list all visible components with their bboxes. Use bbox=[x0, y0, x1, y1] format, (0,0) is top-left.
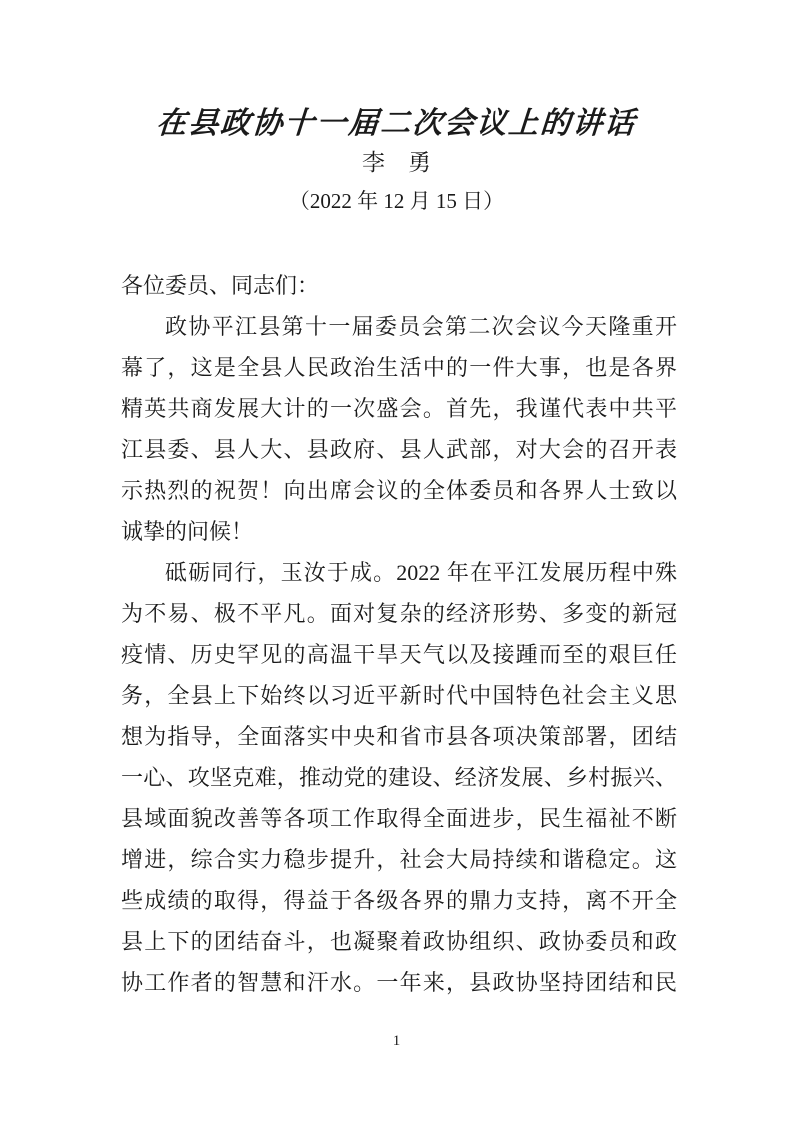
body-line: 疫情、历史罕见的高温干旱天气以及接踵而至的艰巨任 bbox=[121, 634, 677, 675]
salutation-line: 各位委员、同志们： bbox=[121, 265, 677, 306]
body-line: 县上下的团结奋斗，也凝聚着政协组织、政协委员和政 bbox=[121, 921, 677, 962]
body-line: 示热烈的祝贺！向出席会议的全体委员和各界人士致以 bbox=[121, 470, 677, 511]
date-line: （2022 年 12 月 15 日） bbox=[0, 185, 793, 215]
body-line: 精英共商发展大计的一次盛会。首先，我谨代表中共平 bbox=[121, 388, 677, 429]
document-body: 各位委员、同志们： 政协平江县第十一届委员会第二次会议今天隆重开幕了，这是全县人… bbox=[121, 265, 677, 1003]
author-name: 李 勇 bbox=[0, 144, 793, 177]
body-line: 些成绩的取得，得益于各级各界的鼎力支持，离不开全 bbox=[121, 880, 677, 921]
body-line: 诚挚的问候！ bbox=[121, 511, 677, 552]
body-line: 政协平江县第十一届委员会第二次会议今天隆重开 bbox=[121, 306, 677, 347]
document-title: 在县政协十一届二次会议上的讲话 bbox=[0, 98, 793, 142]
body-line: 增进，综合实力稳步提升，社会大局持续和谐稳定。这 bbox=[121, 839, 677, 880]
body-line: 协工作者的智慧和汗水。一年来，县政协坚持团结和民 bbox=[121, 962, 677, 1003]
document-page: 在县政协十一届二次会议上的讲话 李 勇 （2022 年 12 月 15 日） 各… bbox=[0, 0, 793, 1122]
body-line: 幕了，这是全县人民政治生活中的一件大事，也是各界 bbox=[121, 347, 677, 388]
body-line: 砥砺同行，玉汝于成。2022 年在平江发展历程中殊 bbox=[121, 552, 677, 593]
body-line: 为不易、极不平凡。面对复杂的经济形势、多变的新冠 bbox=[121, 593, 677, 634]
body-line: 想为指导，全面落实中央和省市县各项决策部署，团结 bbox=[121, 716, 677, 757]
body-line: 一心、攻坚克难，推动党的建设、经济发展、乡村振兴、 bbox=[121, 757, 677, 798]
body-line: 务，全县上下始终以习近平新时代中国特色社会主义思 bbox=[121, 675, 677, 716]
body-line: 县域面貌改善等各项工作取得全面进步，民生福祉不断 bbox=[121, 798, 677, 839]
page-number: 1 bbox=[0, 1033, 793, 1050]
body-line: 江县委、县人大、县政府、县人武部，对大会的召开表 bbox=[121, 429, 677, 470]
